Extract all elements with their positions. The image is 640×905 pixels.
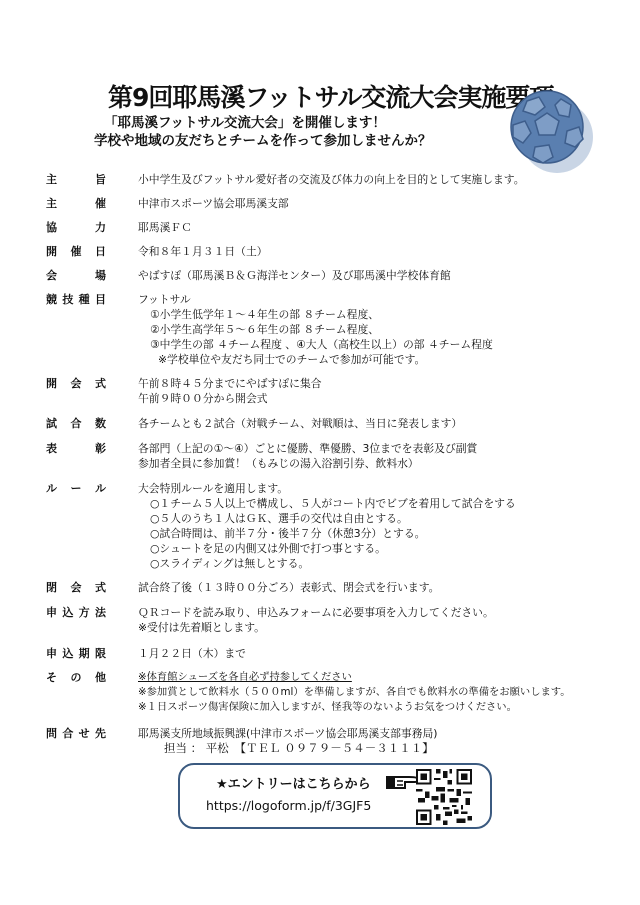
row-label: 競技種目	[46, 292, 106, 307]
row-label: 主催	[46, 196, 106, 211]
soccer-ball-icon	[505, 85, 595, 175]
row-value: 耶馬溪ＦＣ	[138, 220, 192, 235]
entry-box: ★エントリーはこちらから https://logoform.jp/f/3GJF5	[178, 763, 492, 829]
row-value: 各部門（上記の①～④）ごとに優勝、準優勝、3位までを表彰及び副賞 参加者全員に参…	[138, 441, 477, 471]
row-label: 開催日	[46, 244, 106, 259]
row-label: 会場	[46, 268, 106, 283]
row-label: 開会式	[46, 376, 106, 391]
entry-title: ★エントリーはこちらから	[216, 773, 371, 792]
row-value: 令和８年１月３１日（土）	[138, 244, 268, 259]
row-value: 中津市スポーツ協会耶馬溪支部	[138, 196, 289, 211]
entry-url-link[interactable]: https://logoform.jp/f/3GJF5	[206, 798, 371, 813]
row-value: ※体育館シューズを各自必ず持参してください ※参加賞として飲料水（５００ml）を…	[138, 670, 571, 715]
row-value: ＱＲコードを読み取り、申込みフォームに必要事項を入力してください。 ※受付は先着…	[138, 605, 494, 635]
document-title: 第9回耶馬溪フットサル交流大会実施要項	[108, 78, 528, 114]
row-value: 試合終了後（１３時００分ごろ）表彰式、閉会式を行います。	[138, 580, 439, 595]
row-label: 申込期限	[46, 646, 106, 661]
row-label: 閉会式	[46, 580, 106, 595]
row-value: 大会特別ルールを適用します。 ○１チーム５人以上で構成し、５人がコート内でビブを…	[138, 481, 516, 571]
row-value: 各チームとも２試合（対戦チーム、対戦順は、当日に発表します）	[138, 416, 462, 431]
subtitle-line-2: 学校や地域の友だちとチームを作って参加しませんか？	[94, 129, 432, 149]
row-value: 耶馬溪支所地域振興課(中津市スポーツ協会耶馬溪支部事務局) 担当 ： 平松 【Ｔ…	[138, 726, 438, 756]
qr-code-icon[interactable]	[416, 769, 472, 825]
row-value: やばすぽ（耶馬溪Ｂ＆Ｇ海洋センター）及び耶馬溪中学校体育館	[138, 268, 451, 283]
row-value: 小中学生及びフットサル愛好者の交流及び体力の向上を目的として実施します。	[138, 172, 525, 187]
row-label: ルール	[46, 481, 106, 496]
row-value: １月２２日（木）まで	[138, 646, 246, 661]
subtitle-line-1: 「耶馬溪フットサル交流大会」を開催します！	[104, 111, 386, 131]
row-label: 問合せ先	[46, 726, 106, 741]
row-value: 午前８時４５分までにやばすぽに集合 午前９時００分から開会式	[138, 376, 322, 406]
row-label: 申込方法	[46, 605, 106, 620]
row-value: フットサル ①小学生低学年１～４年生の部 ８チーム程度、 ②小学生高学年５～６年…	[138, 292, 493, 367]
row-label: 表彰	[46, 441, 106, 456]
row-label: 協力	[46, 220, 106, 235]
row-label: 主旨	[46, 172, 106, 187]
row-label: その他	[46, 670, 106, 685]
row-label: 試合数	[46, 416, 106, 431]
